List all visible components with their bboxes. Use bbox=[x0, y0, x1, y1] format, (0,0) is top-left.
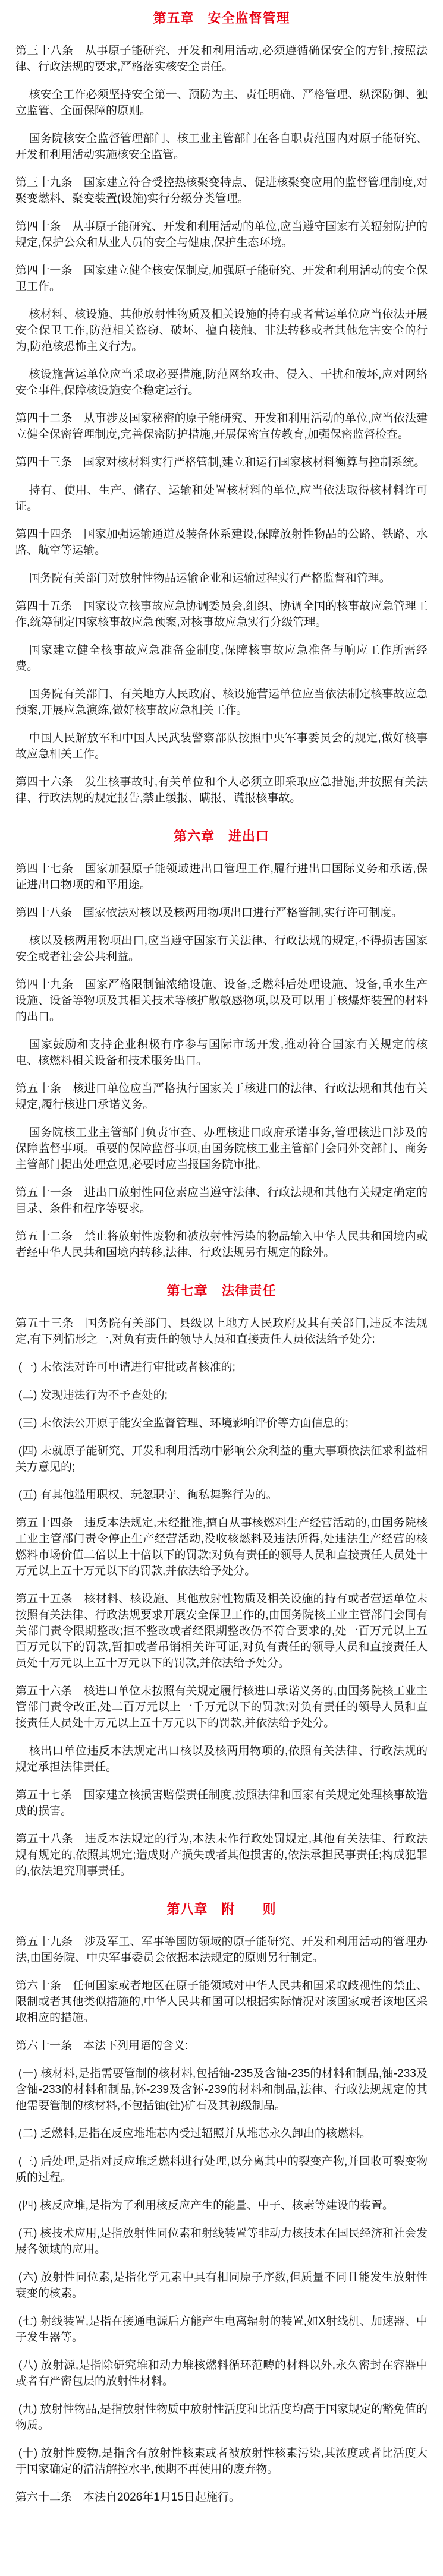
list-item: (二) 乏燃料,是指在反应堆堆芯内受过辐照并从堆芯永久卸出的核燃料。 bbox=[15, 2126, 428, 2142]
list-item: (五) 核技术应用,是指放射性同位素和射线装置等非动力核技术在国民经济和社会发展… bbox=[15, 2225, 428, 2258]
continuation-paragraph: 核材料、核设施、其他放射性物质及相关设施的持有或者营运单位应当依法开展安全保卫工… bbox=[15, 307, 428, 355]
list-item: (五) 有其他滥用职权、玩忽职守、徇私舞弊行为的。 bbox=[15, 1487, 428, 1503]
article-paragraph: 第四十七条 国家加强原子能领域进出口管理工作,履行进出口国际义务和承诺,保证进出… bbox=[15, 861, 428, 893]
legal-document: 第五章 安全监督管理第三十八条 从事原子能研究、开发和利用活动,必须遵循确保安全… bbox=[0, 0, 443, 2529]
article-paragraph: 第三十九条 国家建立符合受控热核聚变特点、促进核聚变应用的监督管理制度,对聚变燃… bbox=[15, 175, 428, 207]
list-item: (二) 发现违法行为不予查处的; bbox=[15, 1387, 428, 1403]
list-item: (六) 放射性同位素,是指化学元素中具有相同原子序数,但质量不同且能发生放射性衰… bbox=[15, 2269, 428, 2302]
article-paragraph: 第三十八条 从事原子能研究、开发和利用活动,必须遵循确保安全的方针,按照法律、行… bbox=[15, 43, 428, 75]
page-body: { "document": { "title": "原子能法(节选)", "co… bbox=[0, 0, 443, 2576]
article-paragraph: 第四十二条 从事涉及国家秘密的原子能研究、开发和利用活动的单位,应当依法建立健全… bbox=[15, 411, 428, 443]
list-item: (四) 核反应堆,是指为了利用核反应产生的能量、中子、核素等建设的装置。 bbox=[15, 2198, 428, 2214]
list-item: (一) 核材料,是指需要管制的核材料,包括铀-235及含铀-235的材料和制品,… bbox=[15, 2066, 428, 2114]
list-item: (九) 放射性物品,是指放射性物质中放射性活度和比活度均高于国家规定的豁免值的物… bbox=[15, 2401, 428, 2433]
continuation-paragraph: 国家鼓励和支持企业积极有序参与国际市场开发,推动符合国家有关规定的核电、核燃料相… bbox=[15, 1037, 428, 1069]
continuation-paragraph: 国务院核安全监督管理部门、核工业主管部门在各自职责范围内对原子能研究、开发和利用… bbox=[15, 131, 428, 163]
continuation-paragraph: 核出口单位违反本法规定出口核以及核两用物项的,依照有关法律、行政法规的规定承担法… bbox=[15, 1743, 428, 1775]
article-paragraph: 第四十六条 发生核事故时,有关单位和个人必须立即采取应急措施,并按照有关法律、行… bbox=[15, 774, 428, 806]
article-paragraph: 第四十条 从事原子能研究、开发和利用活动的单位,应当遵守国家有关辐射防护的规定,… bbox=[15, 219, 428, 251]
article-paragraph: 第五十四条 违反本法规定,未经批准,擅自从事核燃料生产经营活动的,由国务院核工业… bbox=[15, 1515, 428, 1579]
continuation-paragraph: 国家建立健全核事故应急准备金制度,保障核事故应急准备与响应工作所需经费。 bbox=[15, 642, 428, 674]
list-item: (十) 放射性废物,是指含有放射性核素或者被放射性核素污染,其浓度或者比活度大于… bbox=[15, 2445, 428, 2477]
article-paragraph: 第五十一条 进出口放射性同位素应当遵守法律、行政法规和其他有关规定确定的目录、条… bbox=[15, 1185, 428, 1217]
article-paragraph: 第五十九条 涉及军工、军事等国防领域的原子能研究、开发和利用活动的管理办法,由国… bbox=[15, 1934, 428, 1966]
article-paragraph: 第五十条 核进口单位应当严格执行国家关于核进口的法律、行政法规和其他有关规定,履… bbox=[15, 1081, 428, 1113]
list-item: (一) 未依法对许可申请进行审批或者核准的; bbox=[15, 1359, 428, 1375]
list-item: (三) 未依法公开原子能安全监督管理、环境影响评价等方面信息的; bbox=[15, 1415, 428, 1431]
continuation-paragraph: 国务院核工业主管部门负责审查、办理核进口政府承诺事务,管理核进口涉及的保障监督事… bbox=[15, 1125, 428, 1173]
article-paragraph: 第四十一条 国家建立健全核安保制度,加强原子能研究、开发和利用活动的安全保卫工作… bbox=[15, 263, 428, 295]
list-item: (四) 未就原子能研究、开发和利用活动中影响公众利益的重大事项依法征求利益相关方… bbox=[15, 1443, 428, 1475]
list-item: (七) 射线装置,是指在接通电源后方能产生电离辐射的装置,如X射线机、加速器、中… bbox=[15, 2313, 428, 2345]
continuation-paragraph: 国务院有关部门、有关地方人民政府、核设施营运单位应当依法制定核事故应急预案,开展… bbox=[15, 686, 428, 718]
article-paragraph: 第四十八条 国家依法对核以及核两用物项出口进行严格管制,实行许可制度。 bbox=[15, 905, 428, 921]
continuation-paragraph: 核设施营运单位应当采取必要措施,防范网络攻击、侵入、干扰和破坏,应对网络安全事件… bbox=[15, 367, 428, 399]
continuation-paragraph: 持有、使用、生产、储存、运输和处置核材料的单位,应当依法取得核材料许可证。 bbox=[15, 482, 428, 514]
article-paragraph: 第五十六条 核进口单位未按照有关规定履行核进口承诺义务的,由国务院核工业主管部门… bbox=[15, 1683, 428, 1731]
article-paragraph: 第六十条 任何国家或者地区在原子能领域对中华人民共和国采取歧视性的禁止、限制或者… bbox=[15, 1978, 428, 2026]
article-paragraph: 第六十一条 本法下列用语的含义: bbox=[15, 2038, 428, 2054]
chapter-heading: 第五章 安全监督管理 bbox=[15, 10, 428, 27]
article-paragraph: 第五十二条 禁止将放射性废物和被放射性污染的物品输入中华人民共和国境内或者经中华… bbox=[15, 1229, 428, 1261]
article-paragraph: 第四十三条 国家对核材料实行严格管制,建立和运行国家核材料衡算与控制系统。 bbox=[15, 454, 428, 471]
article-paragraph: 第四十九条 国家严格限制铀浓缩设施、设备,乏燃料后处理设施、设备,重水生产设施、… bbox=[15, 977, 428, 1025]
article-paragraph: 第五十七条 国家建立核损害赔偿责任制度,按照法律和国家有关规定处理核事故造成的损… bbox=[15, 1787, 428, 1819]
article-paragraph: 第六十二条 本法自2026年1月15日起施行。 bbox=[15, 2489, 428, 2505]
article-paragraph: 第五十八条 违反本法规定的行为,本法未作行政处罚规定,其他有关法律、行政法规有规… bbox=[15, 1831, 428, 1879]
article-paragraph: 第四十四条 国家加强运输通道及装备体系建设,保障放射性物品的公路、铁路、水路、航… bbox=[15, 526, 428, 558]
continuation-paragraph: 中国人民解放军和中国人民武装警察部队按照中央军事委员会的规定,做好核事故应急相关… bbox=[15, 730, 428, 762]
chapter-heading: 第六章 进出口 bbox=[15, 828, 428, 845]
list-item: (八) 放射源,是指除研究堆和动力堆核燃料循环范畴的材料以外,永久密封在容器中或… bbox=[15, 2357, 428, 2389]
list-item: (三) 后处理,是指对反应堆乏燃料进行处理,以分离其中的裂变产物,并回收可裂变物… bbox=[15, 2154, 428, 2186]
continuation-paragraph: 核以及核两用物项出口,应当遵守国家有关法律、行政法规的规定,不得损害国家安全或者… bbox=[15, 933, 428, 965]
continuation-paragraph: 核安全工作必须坚持安全第一、预防为主、责任明确、严格管理、纵深防御、独立监管、全… bbox=[15, 87, 428, 119]
article-paragraph: 第五十五条 核材料、核设施、其他放射性物质及相关设施的持有或者营运单位未按照有关… bbox=[15, 1591, 428, 1671]
chapter-heading: 第八章 附 则 bbox=[15, 1901, 428, 1918]
article-paragraph: 第五十三条 国务院有关部门、县级以上地方人民政府及其有关部门,违反本法规定,有下… bbox=[15, 1315, 428, 1347]
continuation-paragraph: 国务院有关部门对放射性物品运输企业和运输过程实行严格监督和管理。 bbox=[15, 570, 428, 586]
chapter-heading: 第七章 法律责任 bbox=[15, 1282, 428, 1300]
article-paragraph: 第四十五条 国家设立核事故应急协调委员会,组织、协调全国的核事故应急管理工作,统… bbox=[15, 598, 428, 630]
